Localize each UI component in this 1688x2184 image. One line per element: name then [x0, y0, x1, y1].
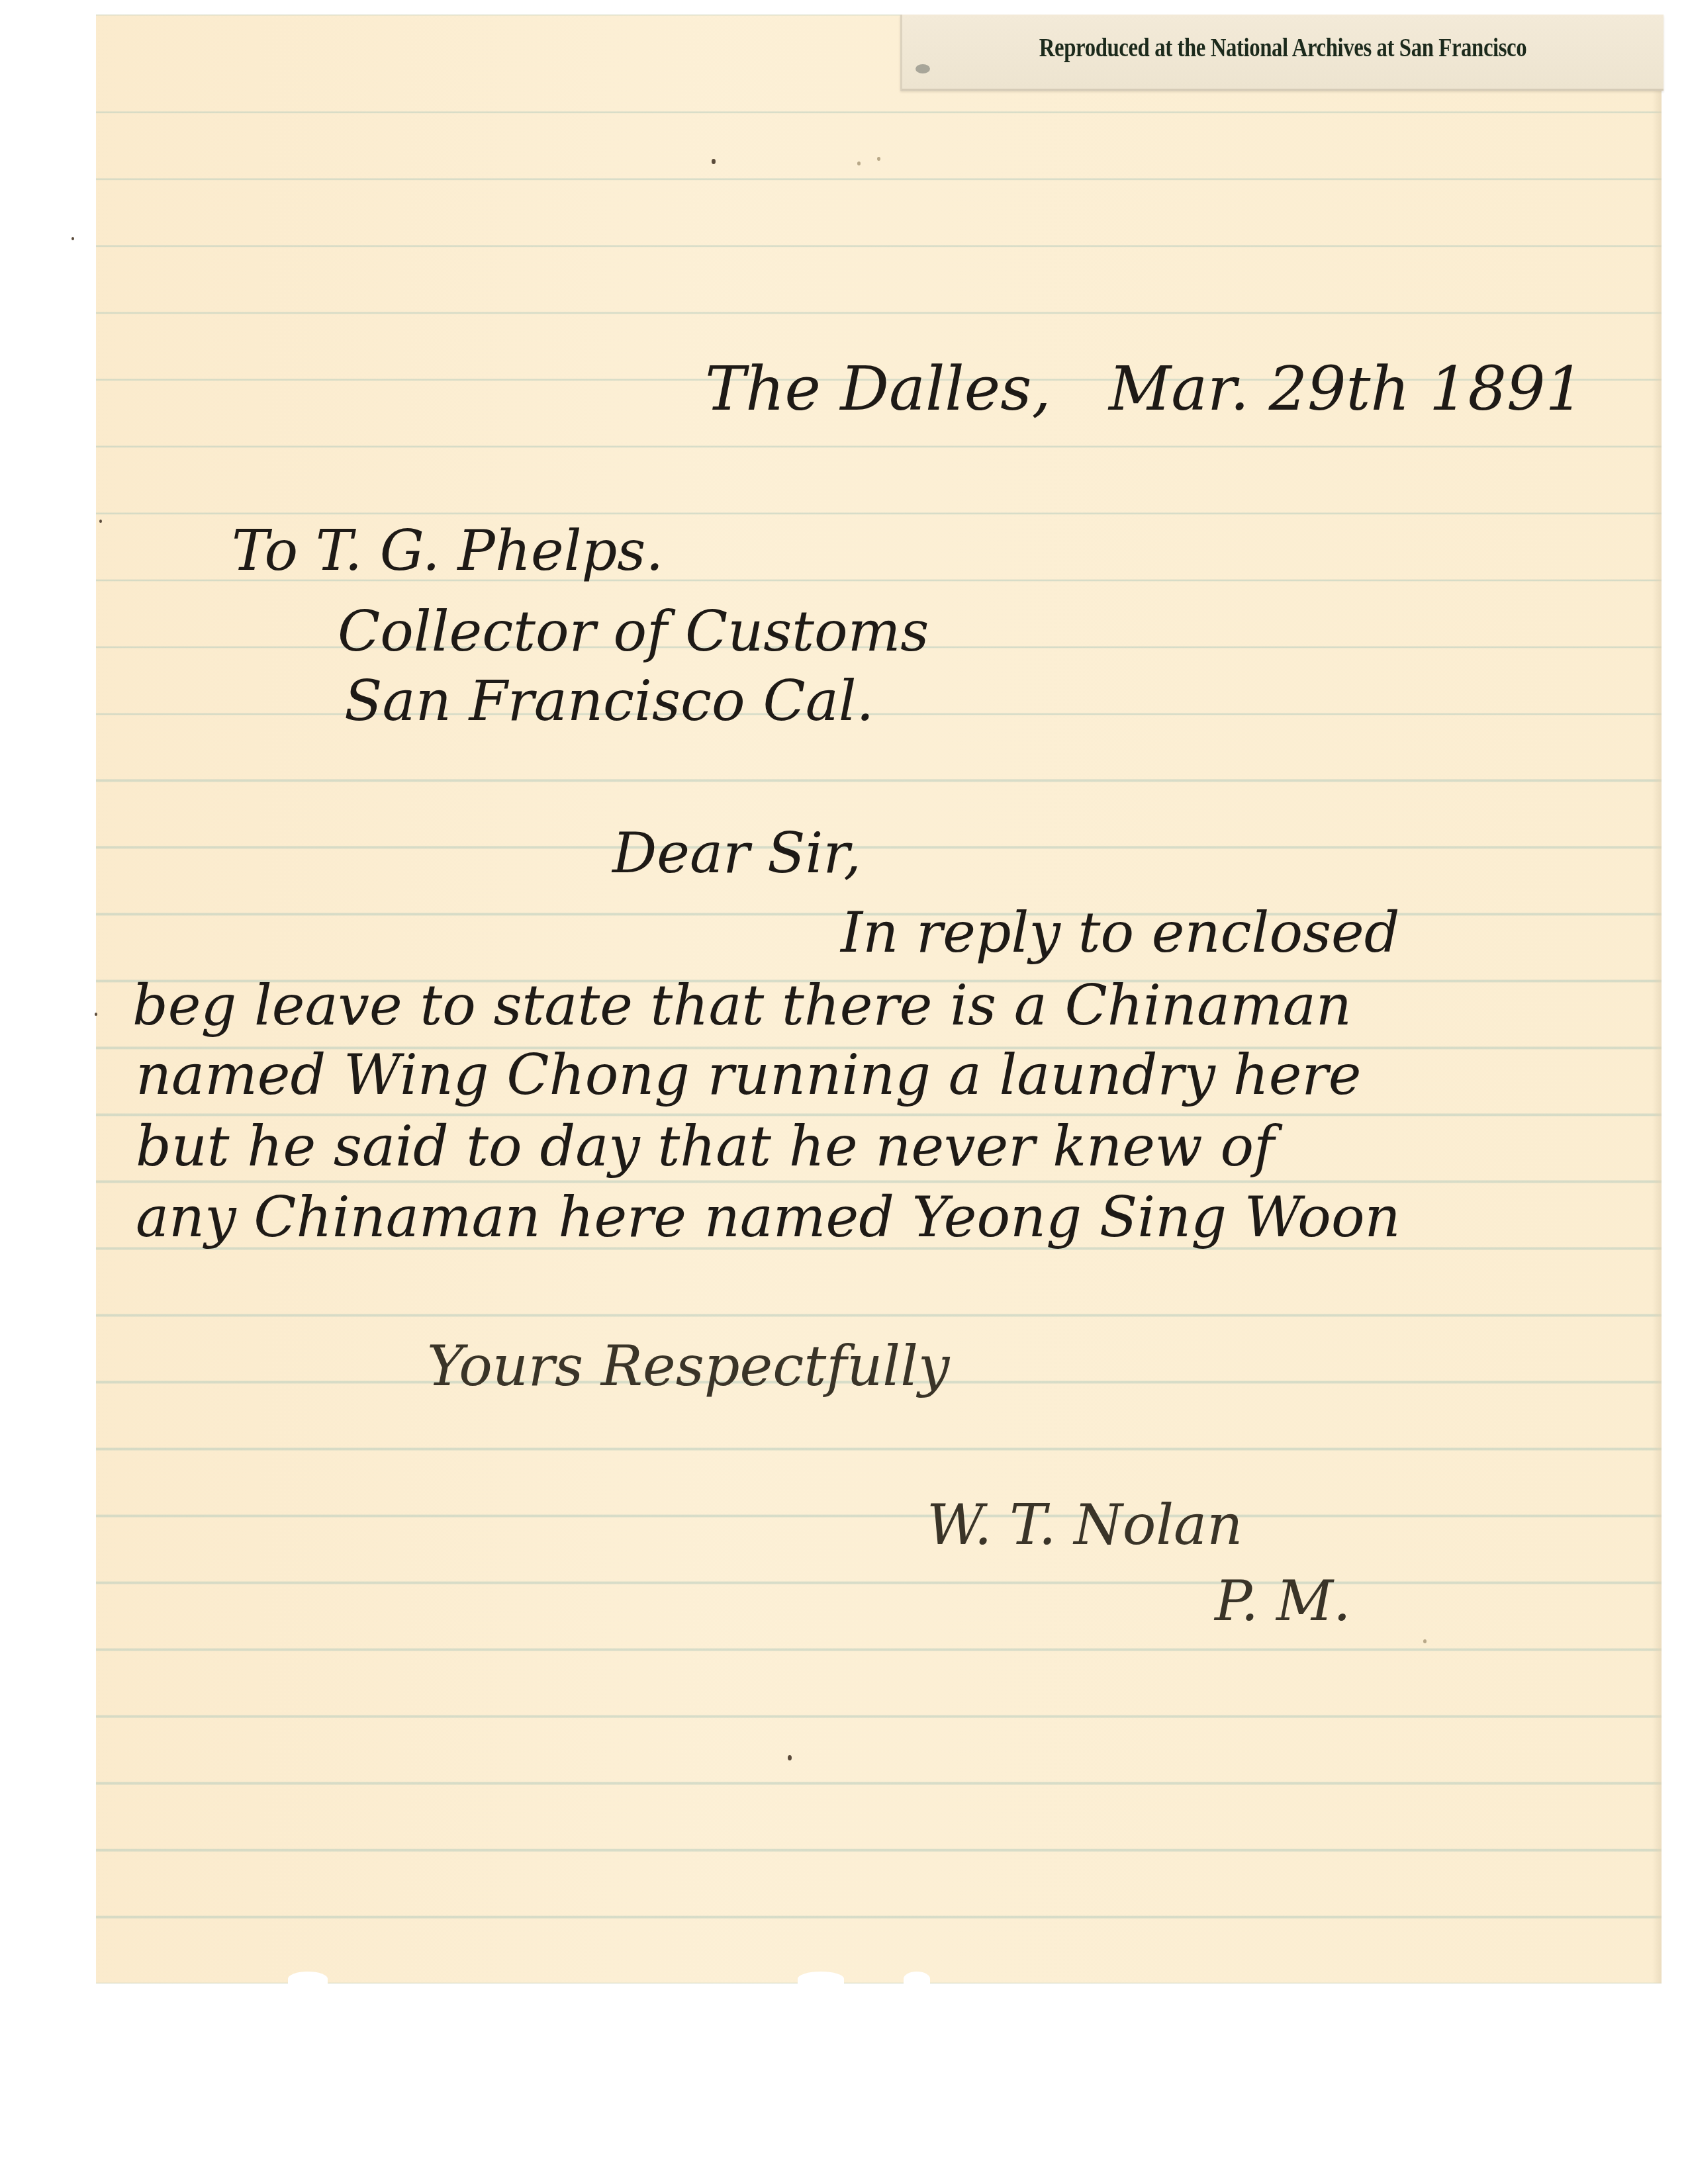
- scan-speck: [95, 1013, 97, 1016]
- salutation: Dear Sir,: [612, 825, 861, 881]
- body-line-1: In reply to enclosed: [841, 905, 1400, 960]
- paper-speck: [1423, 1639, 1427, 1643]
- recipient-location: San Francisco Cal.: [344, 673, 874, 729]
- dateline-date: Mar. 29th 1891: [1109, 359, 1584, 420]
- dateline-place: The Dalles,: [705, 359, 1051, 420]
- body-line-2: beg leave to state that there is a China…: [132, 978, 1352, 1033]
- scan-speck: [99, 520, 102, 523]
- archive-label: Reproduced at the National Archives at S…: [900, 15, 1664, 91]
- tape-mark: [915, 64, 930, 73]
- paper-speck: [877, 157, 880, 161]
- torn-edge: [798, 1972, 844, 1986]
- signature-name: W. T. Nolan: [927, 1497, 1243, 1553]
- paper-speck: [857, 161, 861, 165]
- archive-label-text: Reproduced at the National Archives at S…: [1039, 32, 1526, 63]
- torn-edge: [904, 1972, 930, 1986]
- body-line-4: but he said to day that he never knew of: [136, 1118, 1274, 1174]
- paper-edge: [1652, 15, 1662, 1983]
- body-line-3: named Wing Chong running a laundry here: [136, 1047, 1361, 1103]
- recipient-name: To T. G. Phelps.: [232, 523, 663, 578]
- recipient-title: Collector of Customs: [338, 604, 929, 659]
- body-line-5: any Chinaman here named Yeong Sing Woon: [136, 1189, 1401, 1245]
- letter-page: Reproduced at the National Archives at S…: [96, 15, 1662, 1983]
- signature-title: P. M.: [1215, 1573, 1351, 1629]
- paper-speck: [712, 159, 716, 164]
- paper-speck: [788, 1755, 792, 1760]
- closing: Yours Respectfully: [427, 1338, 950, 1394]
- torn-edge: [288, 1972, 328, 1986]
- scan-speck: [71, 237, 74, 240]
